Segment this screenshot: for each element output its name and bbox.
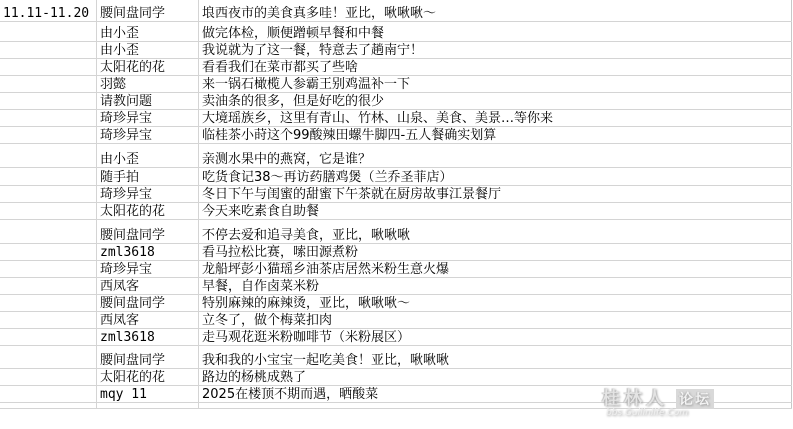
title-cell[interactable]: 早餐，自作卤菜米粉: [199, 277, 792, 294]
title-cell[interactable]: 路边的杨桃成熟了: [199, 368, 792, 385]
table-row: 西凤客早餐，自作卤菜米粉: [0, 277, 792, 294]
author-cell[interactable]: 请教问题: [97, 92, 199, 109]
author-cell[interactable]: 琦珍异宝: [97, 260, 199, 277]
table-row: zml3618看马拉松比赛，嗦田源煮粉: [0, 243, 792, 260]
author-cell[interactable]: 随手拍: [97, 167, 199, 185]
table-row: 腰间盘同学不停去爱和追寻美食，亚比，啾啾啾: [0, 219, 792, 243]
table-row: 西凤客立冬了，做个梅菜扣肉: [0, 311, 792, 328]
title-cell[interactable]: 冬日下午与闺蜜的甜蜜下午茶就在厨房故事江景餐厅: [199, 185, 792, 202]
date-cell[interactable]: [0, 143, 97, 167]
date-cell[interactable]: [0, 260, 97, 277]
author-cell[interactable]: 西凤客: [97, 277, 199, 294]
title-cell[interactable]: 吃货食记38～再访药膳鸡煲（兰乔圣菲店）: [199, 167, 792, 185]
table-row: 太阳花的花今天来吃素食自助餐: [0, 202, 792, 219]
author-cell[interactable]: 由小歪: [97, 41, 199, 58]
date-cell[interactable]: [0, 58, 97, 75]
title-cell[interactable]: 埌西夜市的美食真多哇！亚比，啾啾啾～: [199, 0, 792, 21]
title-cell[interactable]: 龙船坪彭小猫瑶乡油茶店居然米粉生意火爆: [199, 260, 792, 277]
table-row: 由小歪亲测水果中的燕窝，它是谁？: [0, 143, 792, 167]
title-cell[interactable]: 2025在楼顶不期而遇，晒酸菜: [199, 385, 792, 402]
table-row: 太阳花的花看看我们在菜市都买了些啥: [0, 58, 792, 75]
date-range-cell[interactable]: 11.11-11.20: [0, 0, 97, 21]
title-cell[interactable]: 卖油条的很多，但是好吃的很少: [199, 92, 792, 109]
author-cell[interactable]: 羽懿: [97, 75, 199, 92]
empty-cell[interactable]: [97, 402, 199, 408]
author-cell[interactable]: 太阳花的花: [97, 202, 199, 219]
title-cell[interactable]: 看看我们在菜市都买了些啥: [199, 58, 792, 75]
table-row: 太阳花的花路边的杨桃成熟了: [0, 368, 792, 385]
date-cell[interactable]: [0, 41, 97, 58]
date-cell[interactable]: [0, 21, 97, 41]
title-cell[interactable]: 临桂茶小莳这个99酸辣田螺牛脚四-五人餐确实划算: [199, 126, 792, 143]
date-cell[interactable]: [0, 385, 97, 402]
table-row: 随手拍吃货食记38～再访药膳鸡煲（兰乔圣菲店）: [0, 167, 792, 185]
table-row: 琦珍异宝临桂茶小莳这个99酸辣田螺牛脚四-五人餐确实划算: [0, 126, 792, 143]
author-cell[interactable]: 腰间盘同学: [97, 345, 199, 368]
date-cell[interactable]: [0, 277, 97, 294]
date-cell[interactable]: [0, 126, 97, 143]
watermark-url: bbs.Guilinlife.Com: [606, 408, 688, 418]
author-cell[interactable]: 太阳花的花: [97, 58, 199, 75]
date-cell[interactable]: [0, 185, 97, 202]
spreadsheet: 11.11-11.20腰间盘同学埌西夜市的美食真多哇！亚比，啾啾啾～由小歪做完体…: [0, 0, 793, 429]
date-cell[interactable]: [0, 328, 97, 345]
author-cell[interactable]: 西凤客: [97, 311, 199, 328]
title-cell[interactable]: 不停去爱和追寻美食，亚比，啾啾啾: [199, 219, 792, 243]
table-row: 由小歪我说就为了这一餐，特意去了趟南宁！: [0, 41, 792, 58]
title-cell[interactable]: 看马拉松比赛，嗦田源煮粉: [199, 243, 792, 260]
author-cell[interactable]: 由小歪: [97, 21, 199, 41]
date-cell[interactable]: [0, 92, 97, 109]
author-cell[interactable]: 由小歪: [97, 143, 199, 167]
title-cell[interactable]: 做完体检，顺便蹭顿早餐和中餐: [199, 21, 792, 41]
date-cell[interactable]: [0, 219, 97, 243]
author-cell[interactable]: zml3618: [97, 243, 199, 260]
date-cell[interactable]: [0, 311, 97, 328]
table-row: 羽懿来一锅石橄榄人参霸王别鸡温补一下: [0, 75, 792, 92]
title-cell[interactable]: 亲测水果中的燕窝，它是谁？: [199, 143, 792, 167]
author-cell[interactable]: 腰间盘同学: [97, 294, 199, 311]
title-cell[interactable]: 来一锅石橄榄人参霸王别鸡温补一下: [199, 75, 792, 92]
table-row: 11.11-11.20腰间盘同学埌西夜市的美食真多哇！亚比，啾啾啾～: [0, 0, 792, 21]
title-cell[interactable]: 立冬了，做个梅菜扣肉: [199, 311, 792, 328]
table-row: 腰间盘同学特别麻辣的麻辣烫，亚比，啾啾啾～: [0, 294, 792, 311]
table-row: 琦珍异宝冬日下午与闺蜜的甜蜜下午茶就在厨房故事江景餐厅: [0, 185, 792, 202]
author-cell[interactable]: 腰间盘同学: [97, 0, 199, 21]
author-cell[interactable]: 太阳花的花: [97, 368, 199, 385]
date-cell[interactable]: [0, 202, 97, 219]
date-cell[interactable]: [0, 294, 97, 311]
date-cell[interactable]: [0, 243, 97, 260]
table-row: 请教问题卖油条的很多，但是好吃的很少: [0, 92, 792, 109]
title-cell[interactable]: 今天来吃素食自助餐: [199, 202, 792, 219]
author-cell[interactable]: 琦珍异宝: [97, 126, 199, 143]
title-cell[interactable]: 大境瑶族乡，这里有青山、竹林、山泉、美食、美景…等你来: [199, 109, 792, 126]
empty-cell[interactable]: [0, 402, 97, 408]
date-cell[interactable]: [0, 167, 97, 185]
date-cell[interactable]: [0, 75, 97, 92]
date-cell[interactable]: [0, 109, 97, 126]
table-row-empty: [0, 402, 792, 408]
title-cell[interactable]: 我说就为了这一餐，特意去了趟南宁！: [199, 41, 792, 58]
title-cell[interactable]: 走马观花逛米粉咖啡节（米粉展区）: [199, 328, 792, 345]
table-row: mqy 112025在楼顶不期而遇，晒酸菜: [0, 385, 792, 402]
table-row: 琦珍异宝大境瑶族乡，这里有青山、竹林、山泉、美食、美景…等你来: [0, 109, 792, 126]
empty-cell[interactable]: [199, 402, 792, 408]
table-row: 由小歪做完体检，顺便蹭顿早餐和中餐: [0, 21, 792, 41]
date-cell[interactable]: [0, 368, 97, 385]
author-cell[interactable]: mqy 11: [97, 385, 199, 402]
post-table: 11.11-11.20腰间盘同学埌西夜市的美食真多哇！亚比，啾啾啾～由小歪做完体…: [0, 0, 792, 409]
date-cell[interactable]: [0, 345, 97, 368]
author-cell[interactable]: 腰间盘同学: [97, 219, 199, 243]
author-cell[interactable]: 琦珍异宝: [97, 109, 199, 126]
title-cell[interactable]: 我和我的小宝宝一起吃美食！亚比，啾啾啾: [199, 345, 792, 368]
table-row: zml3618走马观花逛米粉咖啡节（米粉展区）: [0, 328, 792, 345]
table-row: 腰间盘同学我和我的小宝宝一起吃美食！亚比，啾啾啾: [0, 345, 792, 368]
table-row: 琦珍异宝龙船坪彭小猫瑶乡油茶店居然米粉生意火爆: [0, 260, 792, 277]
author-cell[interactable]: 琦珍异宝: [97, 185, 199, 202]
author-cell[interactable]: zml3618: [97, 328, 199, 345]
title-cell[interactable]: 特别麻辣的麻辣烫，亚比，啾啾啾～: [199, 294, 792, 311]
